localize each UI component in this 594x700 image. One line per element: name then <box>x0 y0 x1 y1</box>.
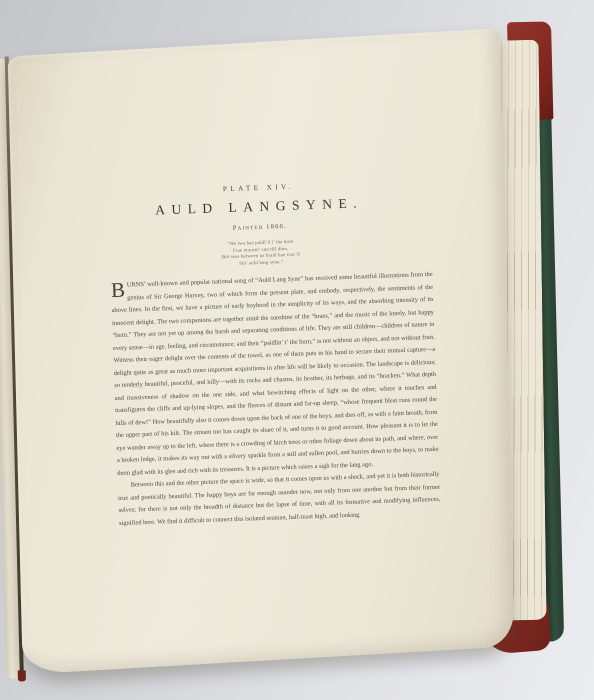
verse-quote: “We twa hae paidl’d i’ the burn Frae mor… <box>14 232 507 276</box>
paragraph-1-text: URNS’ well-known and popular national so… <box>112 271 439 477</box>
page-content: PLATE XIV. AULD LANGSYNE. Painted 1860. … <box>8 35 517 533</box>
page-text-layer: PLATE XIV. AULD LANGSYNE. Painted 1860. … <box>8 35 517 533</box>
drop-cap: B <box>111 280 128 299</box>
photo-background: PLATE XIV. AULD LANGSYNE. Painted 1860. … <box>0 0 594 700</box>
paragraph-1: BURNS’ well-known and popular national s… <box>111 269 440 480</box>
gutter-cover-notch <box>18 670 26 681</box>
body-text: BURNS’ well-known and popular national s… <box>111 269 442 530</box>
open-book: PLATE XIV. AULD LANGSYNE. Painted 1860. … <box>0 14 594 689</box>
